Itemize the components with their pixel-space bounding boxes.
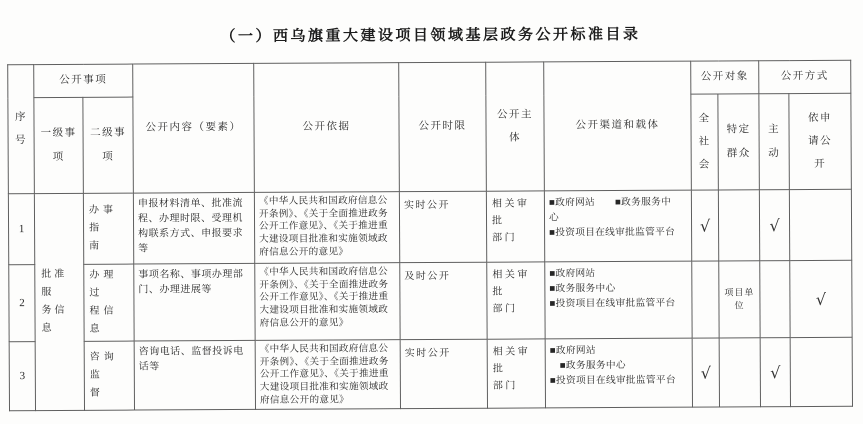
cell-subject: 相关审批 部门 [487, 339, 545, 409]
col-header-specific-group: 特定 群众 [718, 94, 760, 190]
cell-subject: 相关审批 部门 [486, 191, 544, 262]
table-header: 序 号 公开事项 公开内容（要素） 公开依据 公开时限 公开主 体 公开渠道和载… [8, 60, 852, 193]
cell-basis: 《中华人民共和国政府信息公开条例》、《关于全面推进政务公开工作意见》、《关于推进… [255, 263, 400, 341]
cell-content: 事项名称、事项办理部门、办理进展等 [134, 263, 255, 341]
cell-serial: 1 [8, 194, 34, 265]
cell-time-limit: 及时公开 [400, 262, 487, 339]
cell-second-level-item: 咨询监 督 [84, 341, 134, 411]
col-header-proactive: 主 动 [759, 94, 790, 190]
cell-time-limit: 实时公开 [400, 339, 487, 409]
cell-channels: ■政府网站 ■政务服务中心 ■投资项目在线审批监管平台 [545, 261, 692, 339]
cell-first-level-item: 批准服 务信息 [34, 193, 84, 411]
table-row: 2 办理过 程信息 事项名称、事项办理部门、办理进展等 《中华人民共和国政府信息… [9, 260, 852, 341]
channel-line: ■政务服务中心 [550, 358, 688, 374]
channel-line: ■政务服务中心 [549, 281, 687, 297]
cell-second-level-item: 办事指 南 [83, 193, 133, 264]
cell-check-proactive: √ [760, 338, 790, 407]
cell-second-level-item: 办理过 程信息 [84, 264, 134, 341]
cell-serial: 3 [9, 342, 35, 411]
cell-check-proactive: √ [759, 190, 789, 261]
cell-subject: 相关审批 部门 [487, 262, 545, 339]
table-row: 3 咨询监 督 咨询电话、监督投诉电话等 《中华人民共和国政府信息公开条例》、《… [9, 337, 852, 411]
channel-line: ■政府网站 [550, 343, 688, 359]
channel-line: ■政府网站 ■政务服务中 [549, 195, 687, 211]
cell-content: 咨询电话、监督投诉电话等 [134, 340, 255, 410]
cell-time-limit: 实时公开 [399, 191, 486, 262]
channel-line: ■投资项目在线审批监管平台 [549, 296, 687, 312]
table-row: 1 批准服 务信息 办事指 南 申报材料清单、批准流程、办理时限、受理机构联系方… [8, 189, 851, 264]
cell-check-specific-group [719, 338, 760, 407]
cell-channels: ■政府网站 ■政务服务中 心 ■投资项目在线审批监管平台 [544, 190, 691, 262]
channel-line: 心 [549, 210, 687, 226]
disclosure-standard-table: 序 号 公开事项 公开内容（要素） 公开依据 公开时限 公开主 体 公开渠道和载… [7, 60, 853, 412]
cell-check-on-request [789, 189, 851, 260]
cell-serial: 2 [9, 265, 35, 342]
col-header-whole-society: 全 社 会 [691, 94, 719, 190]
col-header-basis: 公开依据 [254, 63, 400, 193]
col-header-method: 公开方式 [759, 60, 851, 93]
col-header-subject: 公开主 体 [486, 62, 545, 191]
channel-line: ■投资项目在线审批监管平台 [549, 225, 687, 241]
cell-basis: 《中华人民共和国政府信息公开条例》、《关于全面推进政务公开工作意见》、《关于推进… [255, 340, 400, 410]
page-title: （一）西乌旗重大建设项目领域基层政务公开标准目录 [0, 22, 862, 48]
col-header-audience: 公开对象 [691, 61, 759, 94]
header-row-top: 序 号 公开事项 公开内容（要素） 公开依据 公开时限 公开主 体 公开渠道和载… [8, 60, 851, 97]
col-header-disclosure-items: 公开事项 [34, 64, 133, 98]
cell-content: 申报材料清单、批准流程、办理时限、受理机构联系方式、申报要求等 [133, 192, 254, 264]
cell-basis: 《中华人民共和国政府信息公开条例》、《关于全面推进政务公开工作意见》、《关于推进… [254, 192, 399, 264]
channel-line: ■投资项目在线审批监管平台 [550, 373, 688, 389]
col-header-first-level: 一级事 项 [34, 97, 84, 193]
col-header-on-request: 依申 请公 开 [789, 93, 852, 189]
channel-line: ■政府网站 [549, 266, 687, 282]
cell-check-whole-society: √ [692, 338, 719, 407]
cell-check-on-request [790, 337, 852, 407]
cell-channels: ■政府网站 ■政务服务中心 ■投资项目在线审批监管平台 [545, 338, 692, 408]
cell-check-specific-group: 项目单 位 [719, 261, 760, 338]
col-header-second-level: 二级事 项 [83, 97, 134, 193]
cell-check-whole-society: √ [691, 190, 718, 261]
col-header-serial: 序 号 [8, 65, 35, 194]
cell-check-whole-society [692, 261, 719, 338]
cell-check-proactive [760, 261, 790, 338]
cell-check-specific-group [718, 190, 759, 261]
col-header-channels: 公开渠道和载体 [544, 61, 692, 191]
table-body: 1 批准服 务信息 办事指 南 申报材料清单、批准流程、办理时限、受理机构联系方… [8, 189, 852, 411]
col-header-time-limit: 公开时限 [399, 62, 487, 191]
scanned-document-sheet: （一）西乌旗重大建设项目领域基层政务公开标准目录 序 号 公开事项 公开内容（要… [0, 22, 863, 412]
col-header-content: 公开内容（要素） [133, 63, 255, 193]
cell-check-on-request: √ [790, 260, 852, 337]
